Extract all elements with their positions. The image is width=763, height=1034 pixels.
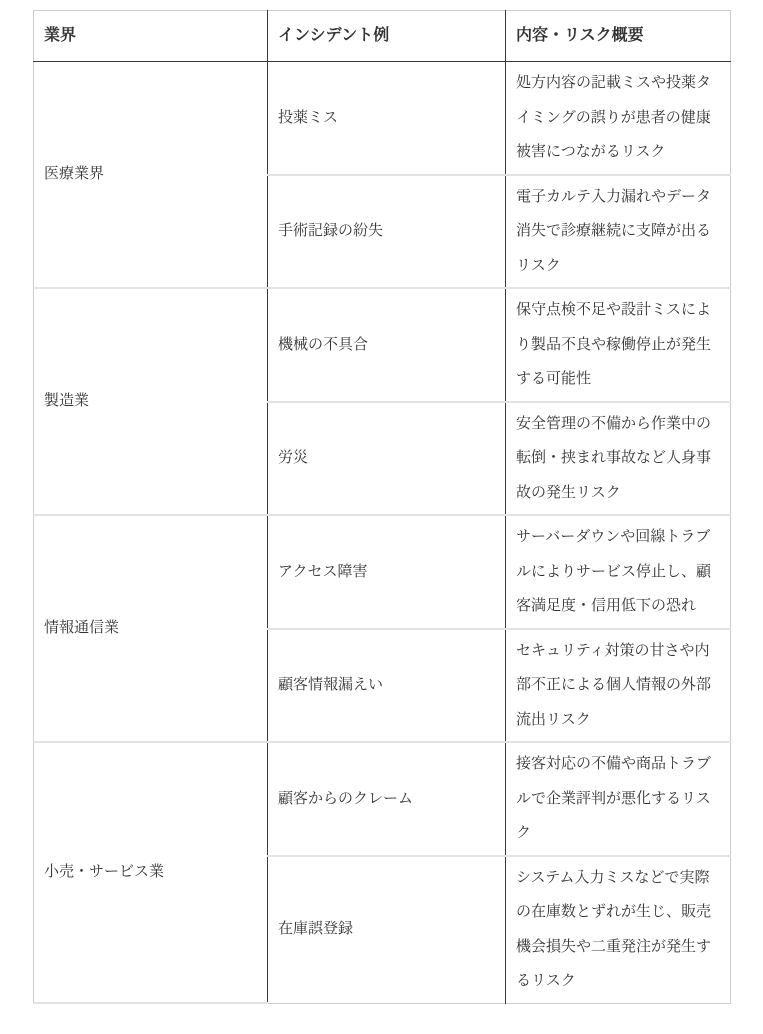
industry-cell: 製造業 (34, 288, 268, 515)
risk-cell: 処方内容の記載ミスや投薬タイミングの誤りが患者の健康被害につながるリスク (506, 62, 731, 175)
page-content: 業界 インシデント例 内容・リスク概要 医療業界投薬ミス処方内容の記載ミスや投薬… (0, 0, 763, 1018)
industry-cell: 小売・サービス業 (34, 742, 268, 1003)
risk-cell: 電子カルテ入力漏れやデータ消失で診療継続に支障が出るリスク (506, 175, 731, 289)
risk-cell: サーバーダウンや回線トラブルによりサービス停止し、顧客満足度・信用低下の恐れ (506, 515, 731, 629)
table-header-row: 業界 インシデント例 内容・リスク概要 (34, 11, 731, 62)
risk-cell: システム入力ミスなどで実際の在庫数とずれが生じ、販売機会損失や二重発注が発生する… (506, 856, 731, 1004)
column-header-industry: 業界 (34, 11, 268, 62)
column-header-incident: インシデント例 (268, 11, 506, 62)
table-row: 医療業界投薬ミス処方内容の記載ミスや投薬タイミングの誤りが患者の健康被害につなが… (34, 62, 731, 175)
incident-cell: 顧客からのクレーム (268, 742, 506, 856)
industry-cell: 医療業界 (34, 62, 268, 289)
incident-risk-table: 業界 インシデント例 内容・リスク概要 医療業界投薬ミス処方内容の記載ミスや投薬… (33, 10, 731, 1004)
incident-cell: 投薬ミス (268, 62, 506, 175)
industry-cell: 情報通信業 (34, 515, 268, 742)
table-body: 医療業界投薬ミス処方内容の記載ミスや投薬タイミングの誤りが患者の健康被害につなが… (34, 62, 731, 1004)
incident-cell: 機械の不具合 (268, 288, 506, 402)
risk-cell: 安全管理の不備から作業中の転倒・挟まれ事故など人身事故の発生リスク (506, 402, 731, 516)
risk-cell: セキュリティ対策の甘さや内部不正による個人情報の外部流出リスク (506, 629, 731, 743)
risk-cell: 接客対応の不備や商品トラブルで企業評判が悪化するリスク (506, 742, 731, 856)
table-row: 製造業機械の不具合保守点検不足や設計ミスにより製品不良や稼働停止が発生する可能性 (34, 288, 731, 402)
table-row: 情報通信業アクセス障害サーバーダウンや回線トラブルによりサービス停止し、顧客満足… (34, 515, 731, 629)
incident-cell: 顧客情報漏えい (268, 629, 506, 743)
incident-cell: 手術記録の紛失 (268, 175, 506, 289)
table-row: 小売・サービス業顧客からのクレーム接客対応の不備や商品トラブルで企業評判が悪化す… (34, 742, 731, 856)
incident-cell: 在庫誤登録 (268, 856, 506, 1004)
column-header-risk: 内容・リスク概要 (506, 11, 731, 62)
risk-cell: 保守点検不足や設計ミスにより製品不良や稼働停止が発生する可能性 (506, 288, 731, 402)
incident-cell: 労災 (268, 402, 506, 516)
incident-cell: アクセス障害 (268, 515, 506, 629)
